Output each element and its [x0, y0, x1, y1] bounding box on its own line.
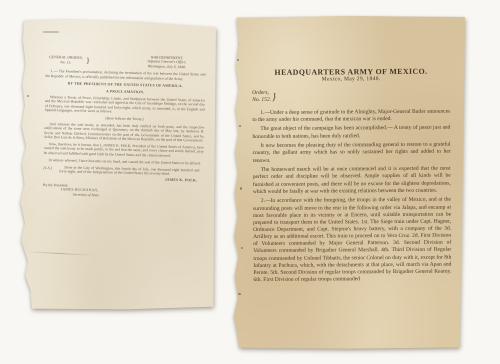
- paper-speck: [27, 95, 29, 97]
- left-document-text: GENERAL ORDERS, No. 13. } WAR DEPARTMENT…: [43, 53, 206, 200]
- troop-movement-paragraph: 2.—In accordance with the foregoing, the…: [253, 197, 452, 284]
- binding-hole: [239, 125, 241, 127]
- now-therefore-paragraph: Now, therefore, be it known, that I, JAM…: [44, 142, 204, 159]
- left-document-paper: GENERAL ORDERS, No. 13. } WAR DEPARTMENT…: [17, 17, 216, 311]
- binding-hole: [241, 247, 243, 249]
- general-orders-block: GENERAL ORDERS, No. 13. }: [46, 53, 90, 67]
- president-heading: BY THE PRESIDENT OF THE UNITED STATES OF…: [45, 81, 205, 89]
- photo-scene: GENERAL ORDERS, No. 13. } WAR DEPARTMENT…: [0, 0, 500, 364]
- ratification-paragraph: And whereas the said treaty, as amended,…: [44, 122, 204, 143]
- homeward-march-paragraph: The homeward march will be at once comme…: [253, 166, 451, 196]
- war-department-block: WAR DEPARTMENT, Adjutant General's Offic…: [128, 55, 206, 70]
- right-document-text: HEADQUARTERS ARMY OF MEXICO. Mexico, May…: [252, 68, 451, 285]
- pencil-smudge: [43, 31, 59, 33]
- orders-number-block: Orders, No. 152. }: [252, 89, 450, 105]
- headquarters-heading: HEADQUARTERS ARMY OF MEXICO.: [252, 68, 450, 77]
- pleasing-duty-paragraph: It now becomes the pleasing duty of the …: [253, 142, 451, 165]
- campaign-paragraph: The great object of the campaign has bee…: [252, 125, 450, 141]
- binding-hole: [240, 187, 242, 190]
- gratitude-paragraph: 1.—Under a deep sense of gratitude to th…: [252, 108, 450, 124]
- paper-crease: [25, 251, 95, 256]
- header-brace: }: [86, 57, 90, 65]
- done-at-paragraph: Done at the City of Washington, this fou…: [59, 165, 199, 177]
- right-document-paper: HEADQUARTERS ARMY OF MEXICO. Mexico, May…: [230, 15, 465, 350]
- orders-number: No. 152.: [252, 97, 271, 104]
- mexico-dateline: Mexico, May 29, 1848.: [252, 76, 450, 85]
- left-document: GENERAL ORDERS, No. 13. } WAR DEPARTMENT…: [17, 17, 216, 311]
- intro-paragraph: I. — The President's proclamation, decla…: [45, 69, 205, 81]
- left-doc-header: GENERAL ORDERS, No. 13. } WAR DEPARTMENT…: [46, 53, 206, 70]
- right-document: HEADQUARTERS ARMY OF MEXICO. Mexico, May…: [230, 15, 465, 350]
- binding-hole: [238, 293, 241, 295]
- paper-speck: [237, 43, 239, 45]
- seal-tag: [L.S.]: [43, 166, 52, 171]
- polk-signature: JAMES K. POLK.: [43, 175, 203, 183]
- orders-brace: }: [272, 94, 276, 101]
- whereas-paragraph: Whereas a Treaty of Peace, Friendship, L…: [45, 95, 205, 116]
- paper-speck: [237, 59, 239, 61]
- washington-date-line: Washington, July 6, 1848.: [128, 64, 206, 70]
